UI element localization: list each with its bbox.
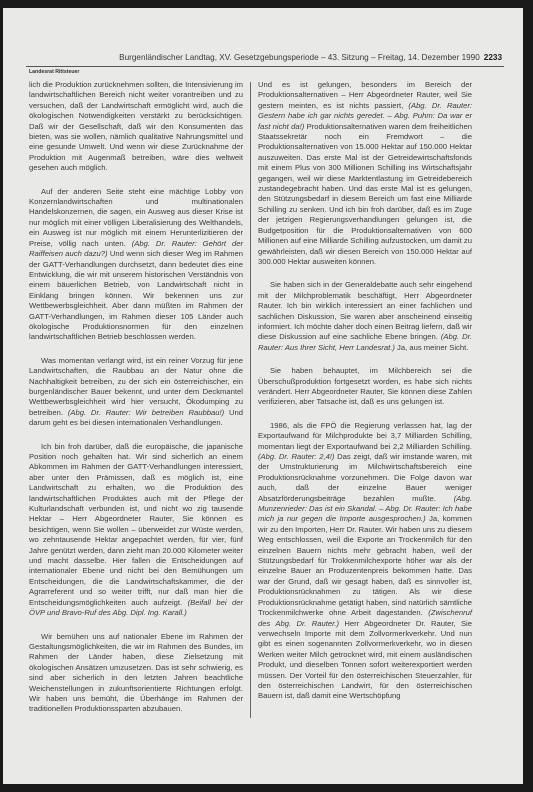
paragraph: Ich bin froh darüber, daß die europäisch… [29,442,243,619]
paragraph: 1986, als die FPÖ die Regierung verlasse… [258,421,472,702]
page-number: 2233 [484,53,502,62]
paragraph: Wir bemühen uns auf nationaler Ebene im … [29,632,243,715]
page-header: Burgenländischer Landtag, XV. Gesetzgebu… [28,53,502,62]
paragraph: Und es ist gelungen, besonders im Bereic… [258,80,472,267]
speaker-label: Landesrat Rittsteuer [29,69,79,75]
interjection: (Abg. Dr. Rauter: Wir betreiben Raubbau!… [68,408,224,417]
interjection: (Abg. Dr. Rauter: 2,4!) [258,452,334,461]
paragraph: Was momentan verlangt wird, ist ein rein… [29,356,243,429]
paragraph: Sie haben behauptet, im Milchbereich sei… [258,366,472,408]
right-column: Und es ist gelungen, besonders im Bereic… [258,80,472,715]
paragraph: Auf der anderen Seite steht eine mächtig… [29,187,243,343]
left-column: lich die Produktion zurücknehmen sollten… [29,80,243,728]
column-divider [250,82,251,718]
paragraph: Sie haben sich in der Generaldebatte auc… [258,280,472,353]
paragraph: lich die Produktion zurücknehmen sollten… [29,80,243,174]
header-title: Burgenländischer Landtag, XV. Gesetzgebu… [119,53,480,62]
header-rule [26,66,504,67]
